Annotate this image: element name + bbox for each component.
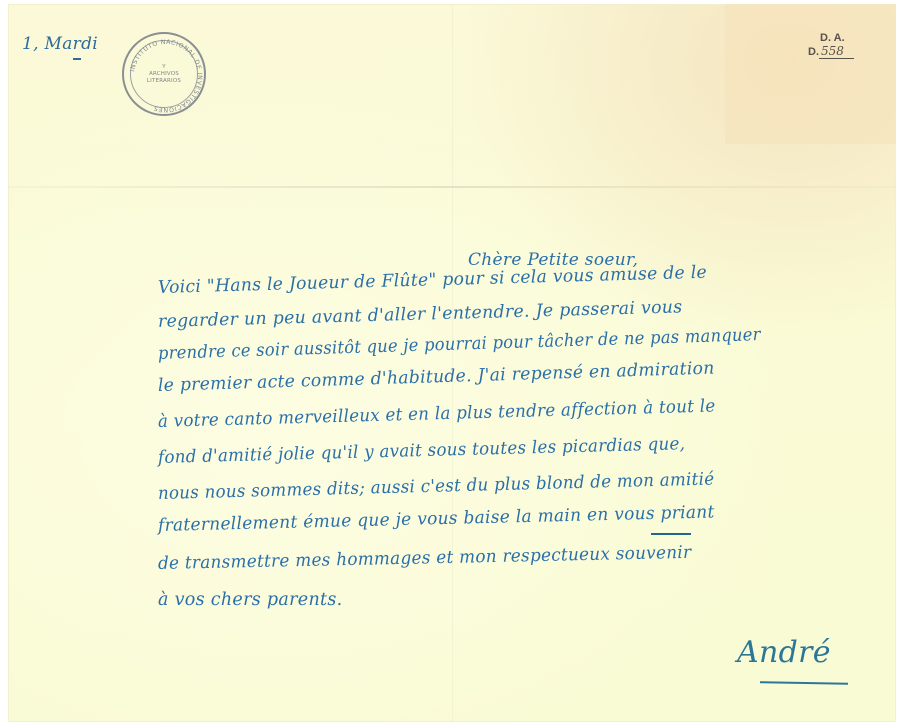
archive-ref-number: 558 — [819, 45, 854, 59]
page-marker: 1, Mardi — [22, 34, 98, 54]
stamp-center-line: ARCHIVOS — [147, 71, 181, 78]
stamp-center-line: Y — [147, 64, 181, 71]
archive-reference: D. A. D. 558 — [808, 32, 854, 59]
signature: André — [737, 635, 831, 670]
archive-stamp-icon: INSTITUTO NACIONAL DE INVESTIGACIONES Y … — [122, 32, 206, 116]
fold-line-vertical — [452, 4, 453, 722]
archive-ref-line: D. 558 — [808, 45, 854, 59]
archive-ref-prefix: D. — [808, 46, 819, 59]
stamp-center-line: LITERARIOS — [147, 78, 181, 85]
page-marker-underline — [73, 58, 81, 60]
paper-stain — [725, 4, 896, 144]
stamp-center-text: Y ARCHIVOS LITERARIOS — [147, 64, 181, 85]
underline-main-word — [651, 533, 691, 535]
letter-line: à vos chers parents. — [158, 590, 343, 610]
